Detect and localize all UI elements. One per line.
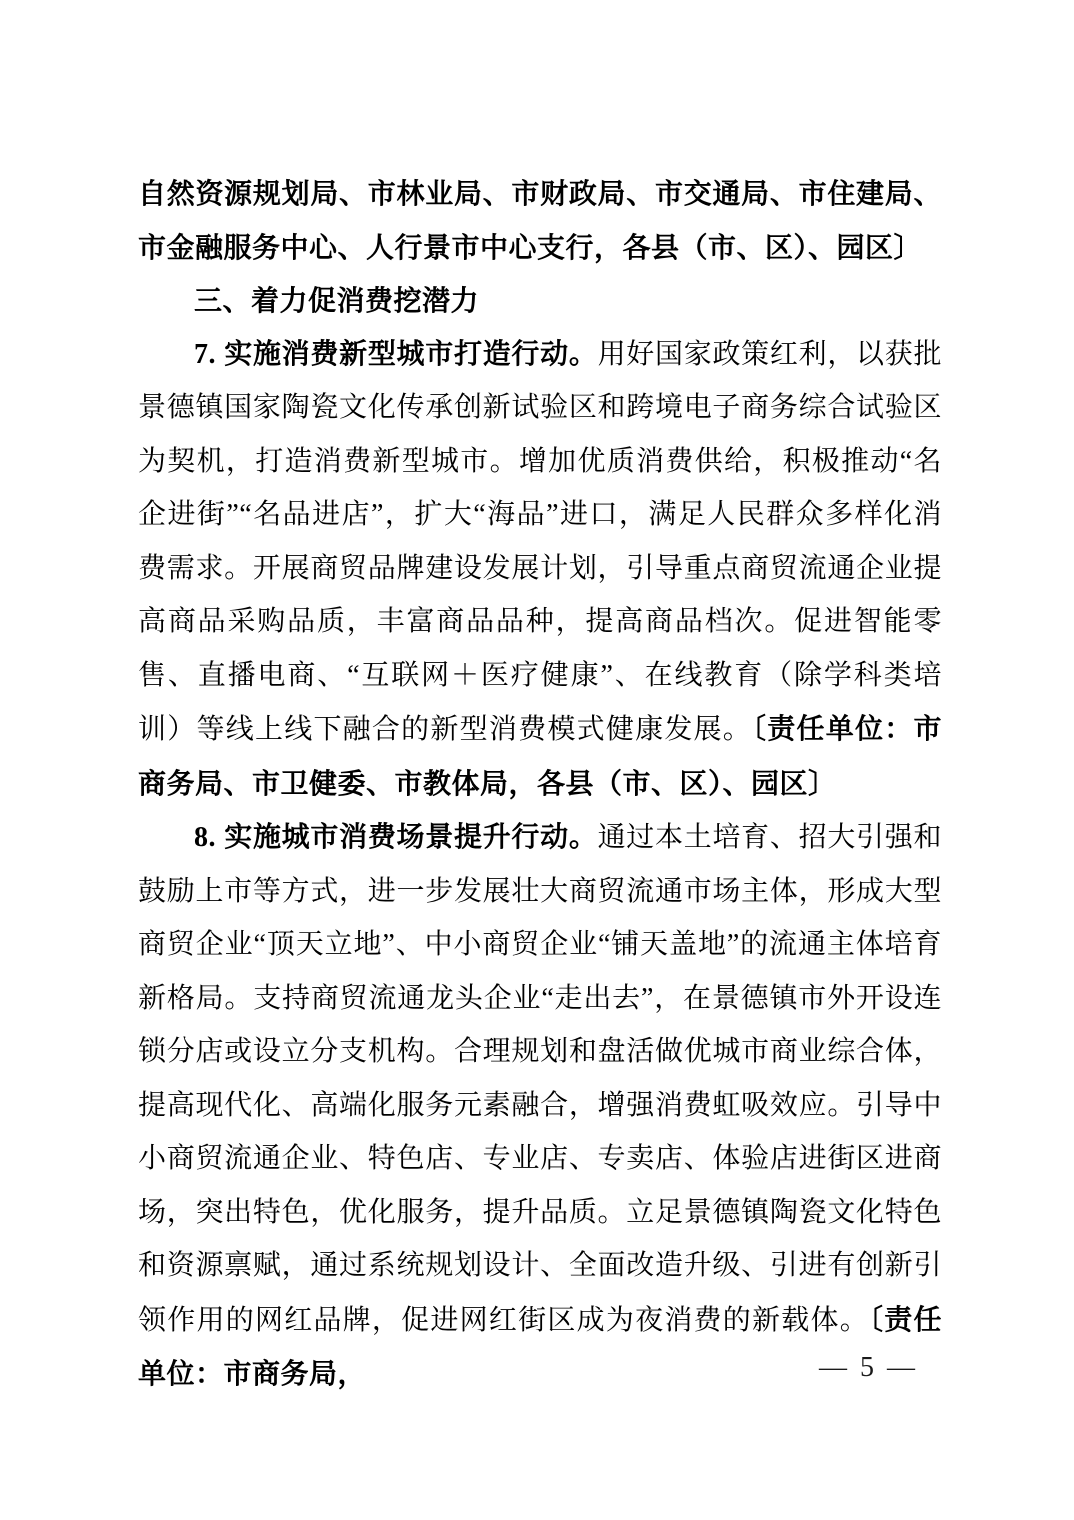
document-body: 自然资源规划局、市林业局、市财政局、市交通局、市住建局、市金融服务中心、人行景市… bbox=[138, 167, 942, 1402]
continuation-paragraph: 自然资源规划局、市林业局、市财政局、市交通局、市住建局、市金融服务中心、人行景市… bbox=[138, 167, 942, 274]
action-8-body: 通过本土培育、招大引强和鼓励上市等方式，进一步发展壮大商贸流通市场主体，形成大型… bbox=[138, 822, 942, 1336]
action-paragraph-7: 7.实施消费新型城市打造行动。用好国家政策红利，以获批景德镇国家陶瓷文化传承创新… bbox=[138, 328, 942, 812]
action-7-number: 7. bbox=[194, 339, 216, 370]
section-heading: 三、着力促消费挖潜力 bbox=[138, 274, 942, 328]
action-paragraph-8: 8.实施城市消费场景提升行动。通过本土培育、招大引强和鼓励上市等方式，进一步发展… bbox=[138, 811, 942, 1402]
action-8-title: 实施城市消费场景提升行动。 bbox=[224, 822, 598, 853]
action-7-title: 实施消费新型城市打造行动。 bbox=[224, 339, 598, 370]
action-7-body: 用好国家政策红利，以获批景德镇国家陶瓷文化传承创新试验区和跨境电子商务综合试验区… bbox=[138, 339, 942, 746]
document-page: 自然资源规划局、市林业局、市财政局、市交通局、市住建局、市金融服务中心、人行景市… bbox=[0, 0, 1074, 1520]
action-8-number: 8. bbox=[194, 822, 216, 853]
page-number: — 5 — bbox=[819, 1352, 918, 1383]
page-footer: — 5 — bbox=[819, 1352, 918, 1384]
